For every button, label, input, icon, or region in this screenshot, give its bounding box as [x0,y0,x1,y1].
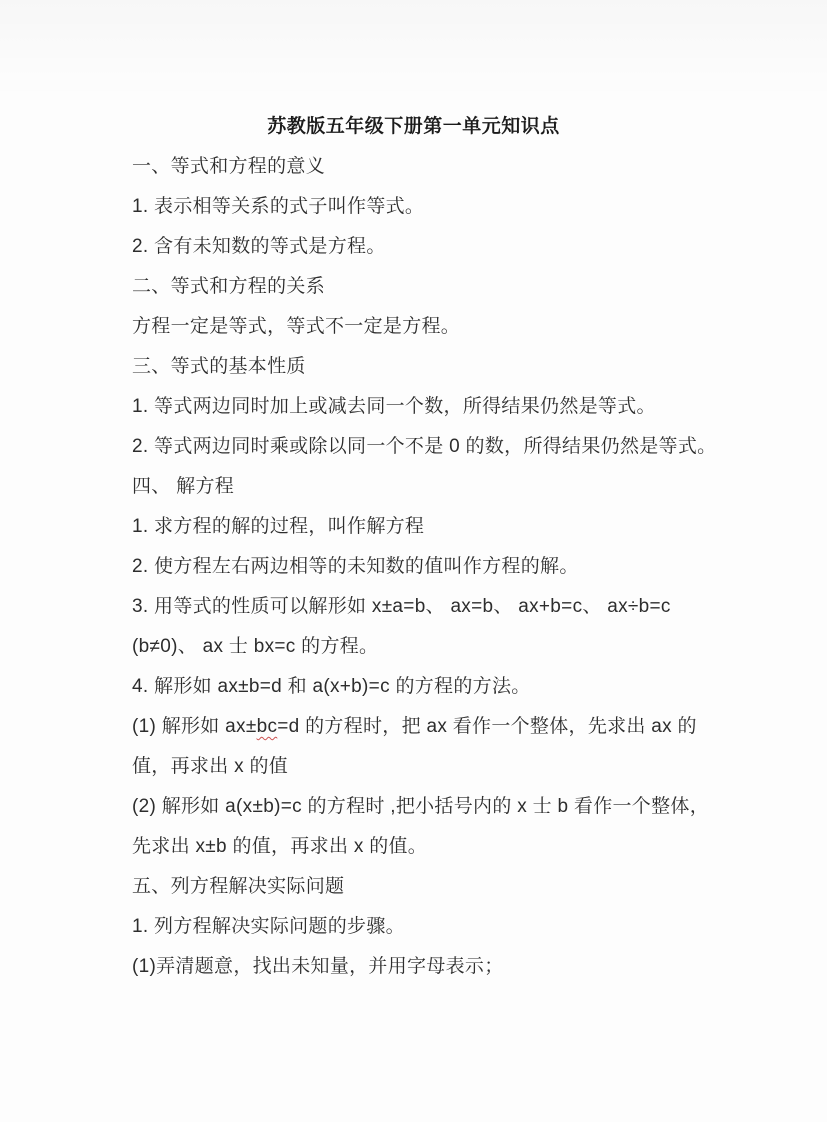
section-heading: 三、等式的基本性质 [132,347,732,387]
text-line: 1. 列方程解决实际问题的步骤。 [132,907,732,947]
text-line: (1)弄清题意，找出未知量，并用字母表示； [132,947,732,987]
text-line: 2. 含有未知数的等式是方程。 [132,227,732,267]
text-line: (2) 解形如 a(x±b)=c 的方程时 ,把小括号内的 x 士 b 看作一个… [132,787,732,827]
text-line: 先求出 x±b 的值，再求出 x 的值。 [132,827,732,867]
text-line: 1. 等式两边同时加上或减去同一个数，所得结果仍然是等式。 [132,387,732,427]
text-segment: =d 的方程时，把 ax 看作一个整体，先求出 ax 的 [277,716,697,737]
text-line: 1. 表示相等关系的式子叫作等式。 [132,187,732,227]
text-line: 2. 等式两边同时乘或除以同一个不是 0 的数，所得结果仍然是等式。 [132,427,732,467]
page-title: 苏教版五年级下册第一单元知识点 [0,111,827,138]
document-body: 一、等式和方程的意义 1. 表示相等关系的式子叫作等式。 2. 含有未知数的等式… [132,147,732,987]
spellcheck-underlined-text: bc [257,716,278,737]
document-page: 苏教版五年级下册第一单元知识点 一、等式和方程的意义 1. 表示相等关系的式子叫… [0,0,827,1122]
text-line: 1. 求方程的解的过程，叫作解方程 [132,507,732,547]
text-segment: (1) 解形如 ax± [132,716,257,737]
text-line: 2. 使方程左右两边相等的未知数的值叫作方程的解。 [132,547,732,587]
text-line: 方程一定是等式，等式不一定是方程。 [132,307,732,347]
text-line: 值，再求出 x 的值 [132,747,732,787]
section-heading: 五、列方程解决实际问题 [132,867,732,907]
text-line: (b≠0)、 ax 士 bx=c 的方程。 [132,627,732,667]
section-heading: 四、 解方程 [132,467,732,507]
section-heading: 一、等式和方程的意义 [132,147,732,187]
text-line: 4. 解形如 ax±b=d 和 a(x+b)=c 的方程的方法。 [132,667,732,707]
section-heading: 二、等式和方程的关系 [132,267,732,307]
text-line-with-spellcheck: (1) 解形如 ax±bc=d 的方程时，把 ax 看作一个整体，先求出 ax … [132,707,732,747]
text-line: 3. 用等式的性质可以解形如 x±a=b、 ax=b、 ax+b=c、 ax÷b… [132,587,732,627]
